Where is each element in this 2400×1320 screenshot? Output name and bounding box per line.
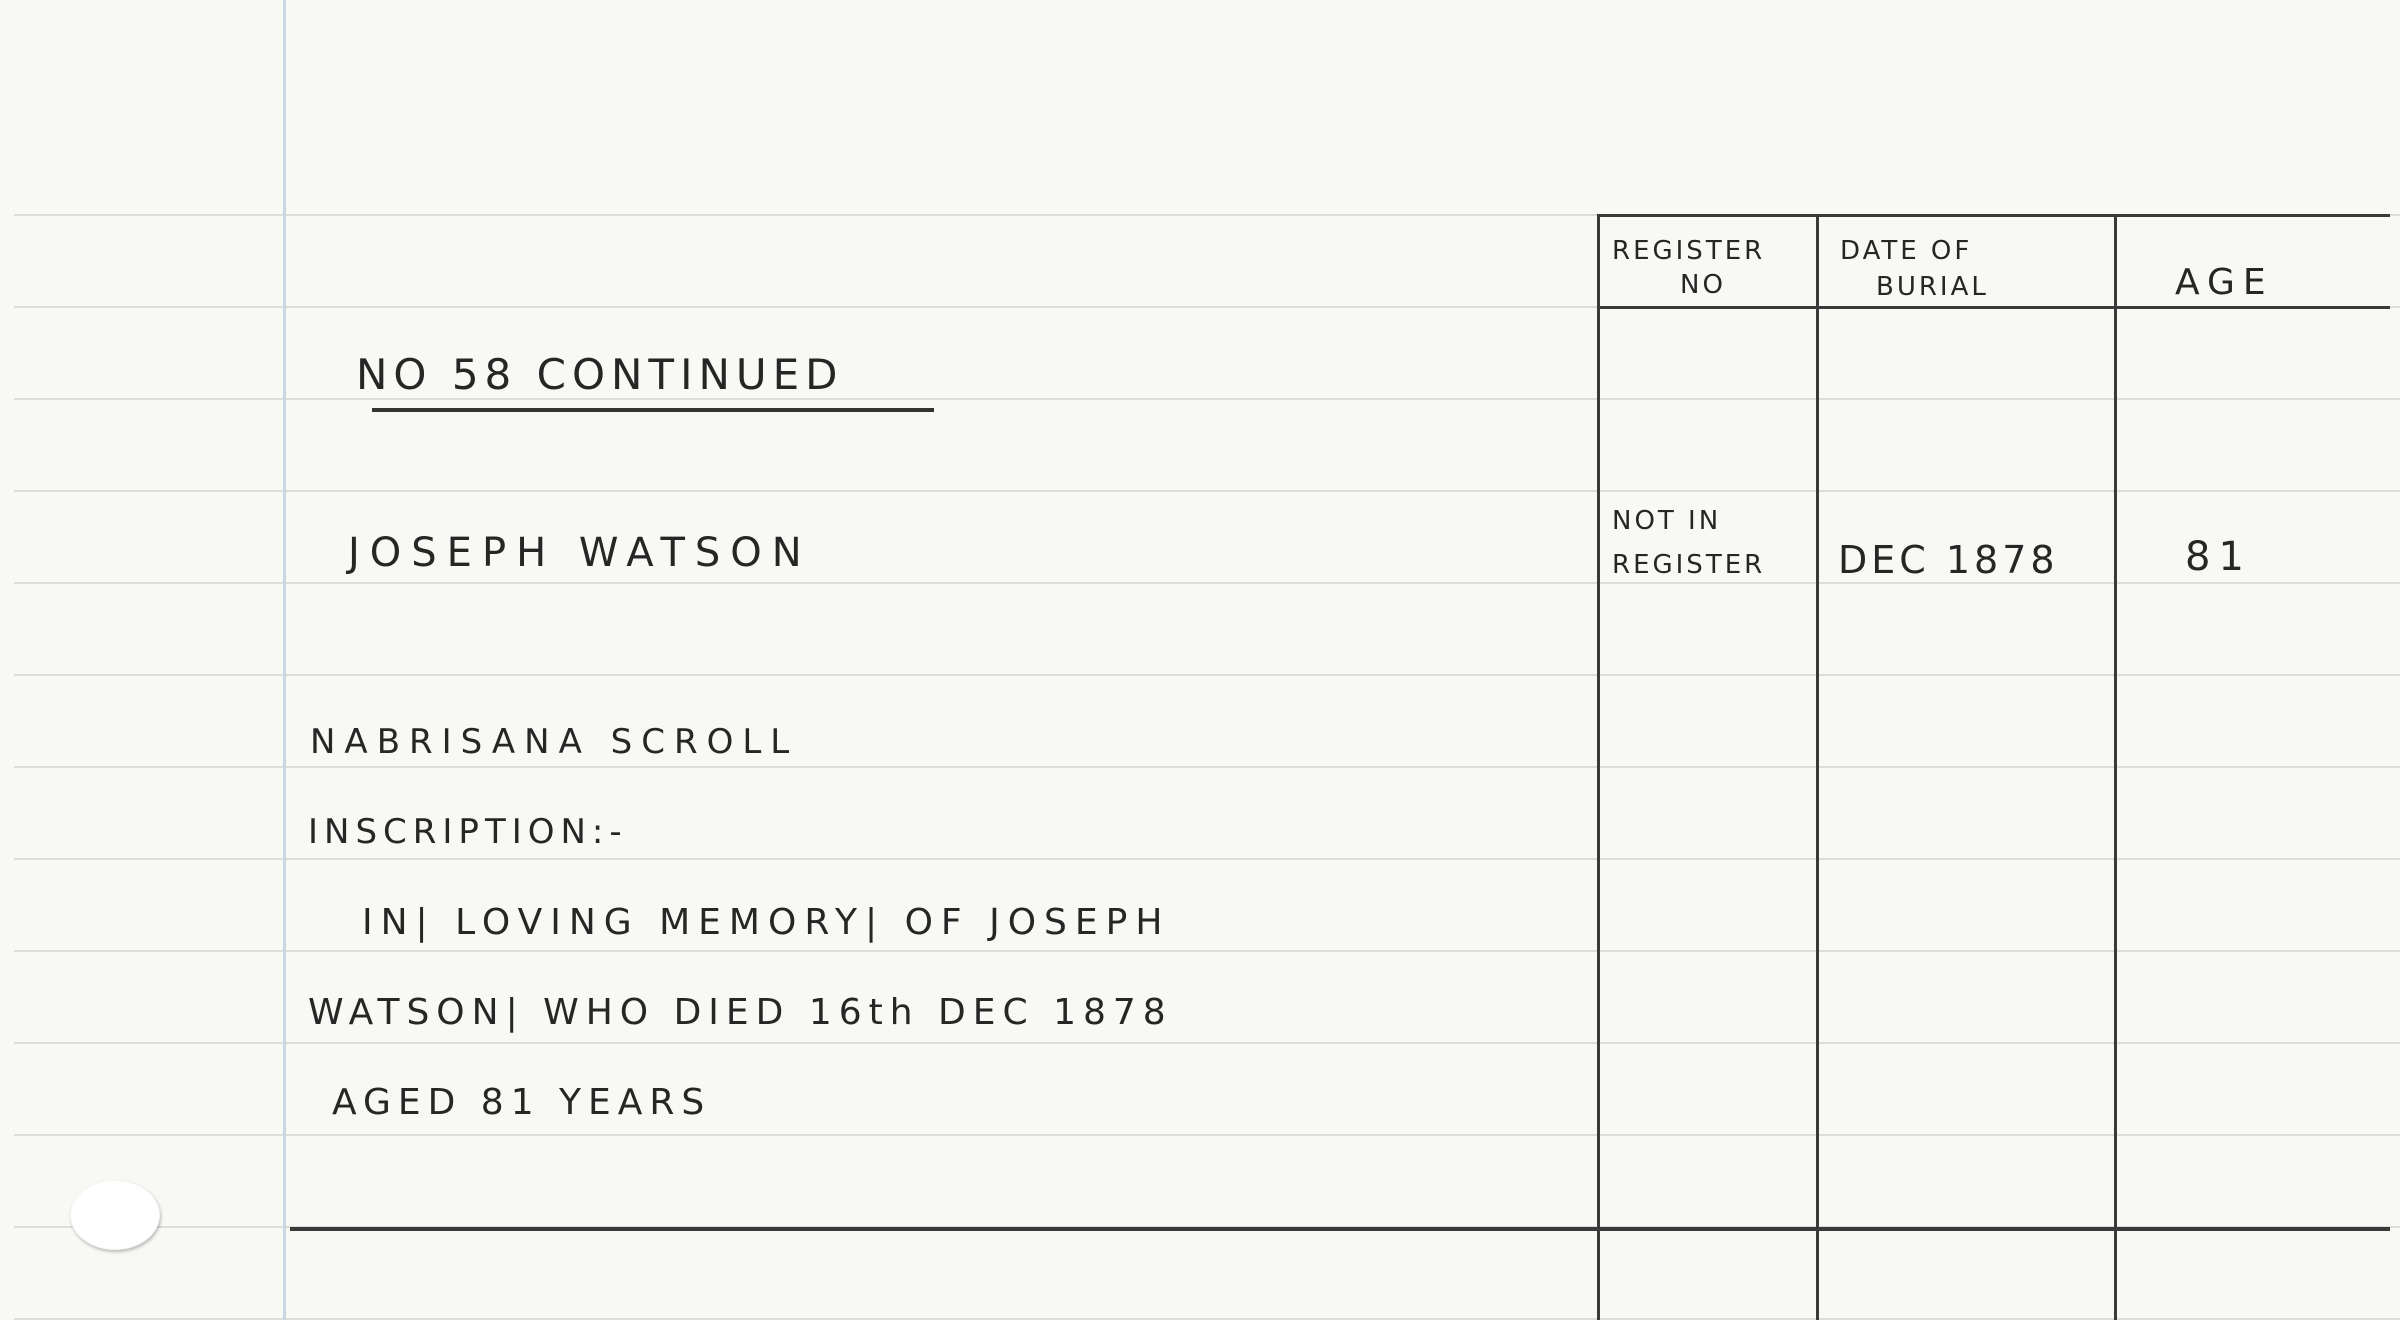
ruled-line [14,1042,2400,1044]
entry-name: JOSEPH WATSON [348,530,812,576]
ruled-line [14,950,2400,952]
header-age: AGE [2175,262,2274,303]
entry-register-line2: REGISTER [1612,550,1765,580]
inscription-label: INSCRIPTION:- [308,812,628,852]
ruled-line [14,674,2400,676]
inscription-line-1: IN| LOVING MEMORY| OF JOSEPH [362,902,1170,943]
entry-register-line1: NOT IN [1612,506,1721,536]
page-heading: NO 58 CONTINUED [356,350,844,399]
ruled-line [14,490,2400,492]
notebook-page: REGISTER NO DATE OF BURIAL AGE NOT IN RE… [0,0,2400,1320]
entry-age: 81 [2185,534,2252,580]
column-divider-date [1816,214,1819,1320]
table-top-border [1598,214,2390,217]
inscription-line-2: WATSON| WHO DIED 16th DEC 1878 [308,992,1173,1033]
table-header-border [1598,306,2390,309]
ruled-line [14,858,2400,860]
header-date-line2: BURIAL [1876,272,1989,302]
ruled-line [14,1134,2400,1136]
header-register-line1: REGISTER [1612,236,1765,266]
punch-hole [70,1180,160,1250]
column-divider-age [2114,214,2117,1320]
ruled-line [14,582,2400,584]
heading-underline [372,408,934,412]
header-date-line1: DATE OF [1840,236,1972,266]
ruled-line [14,766,2400,768]
memorial-type: NABRISANA SCROLL [310,722,798,762]
margin-line [283,0,286,1320]
header-register-line2: NO [1680,270,1726,300]
table-bottom-border [290,1227,2390,1231]
column-divider-register [1597,214,1600,1320]
entry-date-of-burial: DEC 1878 [1838,538,2059,582]
inscription-line-3: AGED 81 YEARS [332,1082,711,1123]
